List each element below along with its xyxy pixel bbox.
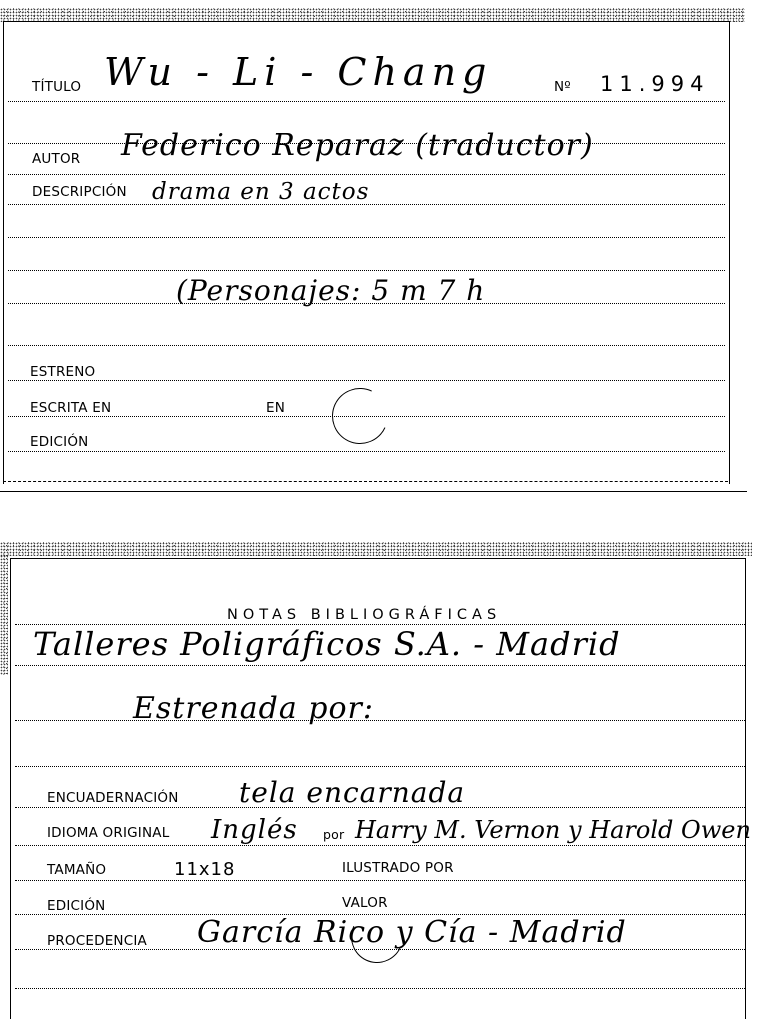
personajes-value: (Personajes: 5 m 7 h: [176, 274, 485, 307]
valor-label: VALOR: [342, 895, 388, 911]
rule-blank-1: [8, 237, 725, 238]
procedencia-label: PROCEDENCIA: [47, 933, 147, 949]
scan-noise-left: [0, 555, 8, 675]
rule-idioma: [15, 845, 745, 846]
tamano-label: TAMAÑO: [47, 862, 106, 878]
numero-value: 11.994: [600, 72, 709, 96]
tamano-value: 11x18: [174, 859, 235, 880]
autor-label: AUTOR: [32, 151, 80, 167]
titulo-label: TÍTULO: [32, 79, 81, 95]
catalog-card-front: TÍTULO Wu - Li - Chang Nº 11.994 AUTOR F…: [3, 21, 730, 484]
rule-blank-2: [8, 270, 725, 271]
escrita-en-label: ESCRITA EN: [30, 400, 111, 416]
rule-titulo: [8, 101, 725, 102]
numero-label: Nº: [554, 79, 571, 95]
autor-value: Federico Reparaz (traductor): [121, 128, 594, 163]
edicion-label: EDICIÓN: [30, 434, 88, 450]
stamp-mark: [324, 380, 396, 452]
rule-notes-3: [15, 720, 745, 721]
rule-procedencia: [15, 949, 745, 950]
rule-autor: [8, 174, 725, 175]
rule-notes-2: [15, 665, 745, 666]
rule-blank-back: [15, 988, 745, 989]
estreno-label: ESTRENO: [30, 364, 95, 380]
descripcion-value: drama en 3 actos: [152, 179, 369, 205]
descripcion-label: DESCRIPCIÓN: [32, 184, 127, 200]
idioma-por-label: por: [323, 827, 344, 842]
rule-encuadernacion: [15, 807, 745, 808]
rule-edicion: [8, 451, 725, 452]
escrita-en-en-label: EN: [266, 400, 285, 416]
rule-estreno: [8, 380, 725, 381]
note-2: Estrenada por:: [133, 691, 374, 726]
note-1: Talleres Poligráficos S.A. - Madrid: [33, 625, 621, 663]
idioma-por-value: Harry M. Vernon y Harold Owen: [355, 816, 751, 844]
scan-noise-bottom: [0, 542, 752, 556]
catalog-card-back: NOTAS BIBLIOGRÁFICAS Talleres Poligráfic…: [10, 558, 746, 1019]
card-front-bottom-edge: [3, 481, 728, 482]
edicion-back-label: EDICIÓN: [47, 898, 105, 914]
scan-noise-top: [0, 8, 745, 22]
ilustrado-por-label: ILUSTRADO POR: [342, 860, 454, 876]
card-divider: [0, 491, 747, 492]
encuadernacion-label: ENCUADERNACIÓN: [47, 790, 179, 806]
rule-blank-3: [8, 345, 725, 346]
idioma-original-label: IDIOMA ORIGINAL: [47, 825, 169, 841]
idioma-original-value: Inglés: [211, 815, 298, 845]
encuadernacion-value: tela encarnada: [239, 776, 465, 809]
titulo-value: Wu - Li - Chang: [104, 50, 492, 94]
notes-title: NOTAS BIBLIOGRÁFICAS: [227, 607, 501, 623]
rule-notes-4: [15, 766, 745, 767]
rule-tamano: [15, 880, 745, 881]
procedencia-value: García Rico y Cía - Madrid: [197, 915, 627, 950]
